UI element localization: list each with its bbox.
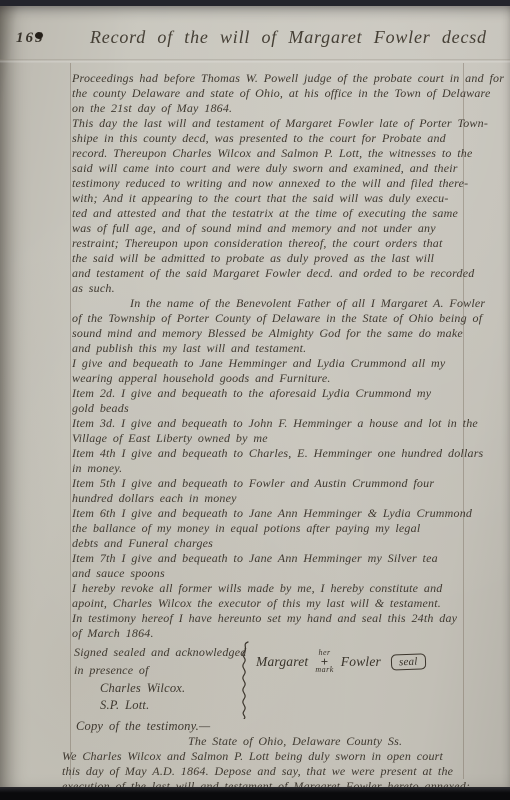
manuscript-line: the ballance of my money in equal potion…: [72, 521, 502, 536]
will-text-paragraph: In the name of the Benevolent Father of …: [72, 296, 502, 641]
witness-signature: Charles Wilcox.: [100, 681, 185, 696]
manuscript-line: shipe in this county decd, was presented…: [72, 131, 502, 146]
photo-backdrop: 165 Record of the will of Margaret Fowle…: [0, 0, 510, 800]
probate-order-paragraph: This day the last will and testament of …: [72, 116, 502, 296]
ledger-page: 165 Record of the will of Margaret Fowle…: [0, 5, 510, 789]
manuscript-line: ted and attested and that the testatrix …: [72, 206, 502, 221]
testimony-heading-dash: —: [199, 719, 209, 733]
manuscript-line: the said will be admitted to probate as …: [72, 251, 502, 266]
manuscript-line: This day the last will and testament of …: [72, 116, 502, 131]
manuscript-line: We Charles Wilcox and Salmon P. Lott bei…: [62, 749, 508, 764]
manuscript-line: Proceedings had before Thomas W. Powell …: [72, 71, 502, 86]
mark-word-mark: mark: [315, 666, 333, 674]
manuscript-line: the county Delaware and state of Ohio, a…: [72, 86, 502, 101]
manuscript-line: record. Thereupon Charles Wilcox and Sal…: [72, 146, 502, 161]
manuscript-line: Village of East Liberty owned by me: [72, 431, 502, 446]
manuscript-line: said will came into court and were duly …: [72, 161, 502, 176]
proceedings-paragraph: Proceedings had before Thomas W. Powell …: [72, 71, 502, 116]
manuscript-line: with; And it appearing to the court that…: [72, 191, 502, 206]
signature-last-name: Fowler: [341, 654, 381, 670]
testimony-jurisdiction: The State of Ohio, Delaware County Ss.: [188, 734, 402, 749]
manuscript-line: this day of May A.D. 1864. Depose and sa…: [62, 764, 508, 779]
manuscript-line: I hereby revoke all former wills made by…: [72, 581, 502, 596]
signature-acknowledgment: Signed sealed and acknowledged: [74, 645, 246, 660]
page-crease: [0, 59, 510, 63]
manuscript-line: and publish this my last will and testam…: [72, 341, 502, 356]
manuscript-line: Item 7th I give and bequeath to Jane Ann…: [72, 551, 502, 566]
manuscript-line: sound mind and memory Blessed be Almight…: [72, 326, 502, 341]
manuscript-line: and sauce spoons: [72, 566, 502, 581]
manuscript-line: testimony reduced to writing and now ann…: [72, 176, 502, 191]
manuscript-line: Item 5th I give and bequeath to Fowler a…: [72, 476, 502, 491]
testator-signature: Margaret her + mark Fowler seal: [256, 649, 426, 674]
photo-top-edge: [0, 0, 510, 6]
manuscript-line: restraint; Thereupon upon consideration …: [72, 236, 502, 251]
manuscript-line: I give and bequeath to Jane Hemminger an…: [72, 356, 502, 371]
manuscript-line: Item 3d. I give and bequeath to John F. …: [72, 416, 502, 431]
manuscript-line: of March 1864.: [72, 626, 502, 641]
manuscript-line: In the name of the Benevolent Father of …: [72, 296, 502, 311]
manuscript-line: Item 4th I give and bequeath to Charles,…: [72, 446, 502, 461]
manuscript-line: In testimony hereof I have hereunto set …: [72, 611, 502, 626]
manuscript-line: as such.: [72, 281, 502, 296]
witness-signature: S.P. Lott.: [100, 698, 149, 713]
testimony-heading: Copy of the testimony.—: [76, 719, 209, 734]
signature-first-name: Margaret: [256, 654, 308, 670]
manuscript-line: on the 21st day of May 1864.: [72, 101, 502, 116]
manuscript-line: was of full age, and of sound mind and m…: [72, 221, 502, 236]
testimony-paragraph: We Charles Wilcox and Salmon P. Lott bei…: [62, 749, 508, 789]
seal-box: seal: [391, 653, 426, 670]
manuscript-line: Item 6th I give and bequeath to Jane Ann…: [72, 506, 502, 521]
record-title: Record of the will of Margaret Fowler de…: [90, 27, 487, 48]
manuscript-line: apoint, Charles Wilcox the executor of t…: [72, 596, 502, 611]
photo-bottom-edge: [0, 787, 510, 800]
signature-presence-line: in presence of: [74, 663, 149, 678]
left-margin-line: [70, 63, 71, 779]
manuscript-line: of the Township of Porter County of Dela…: [72, 311, 502, 326]
signature-brace-icon: [238, 641, 252, 724]
her-mark: her + mark: [315, 649, 333, 674]
testimony-heading-text: Copy of the testimony.: [76, 719, 199, 733]
manuscript-line: and testament of the said Margaret Fowle…: [72, 266, 502, 281]
manuscript-line: debts and Funeral charges: [72, 536, 502, 551]
manuscript-line: Item 2d. I give and bequeath to the afor…: [72, 386, 502, 401]
manuscript-line: hundred dollars each in money: [72, 491, 502, 506]
manuscript-line: wearing apperal household goods and Furn…: [72, 371, 502, 386]
manuscript-line: gold beads: [72, 401, 502, 416]
manuscript-line: in money.: [72, 461, 502, 476]
